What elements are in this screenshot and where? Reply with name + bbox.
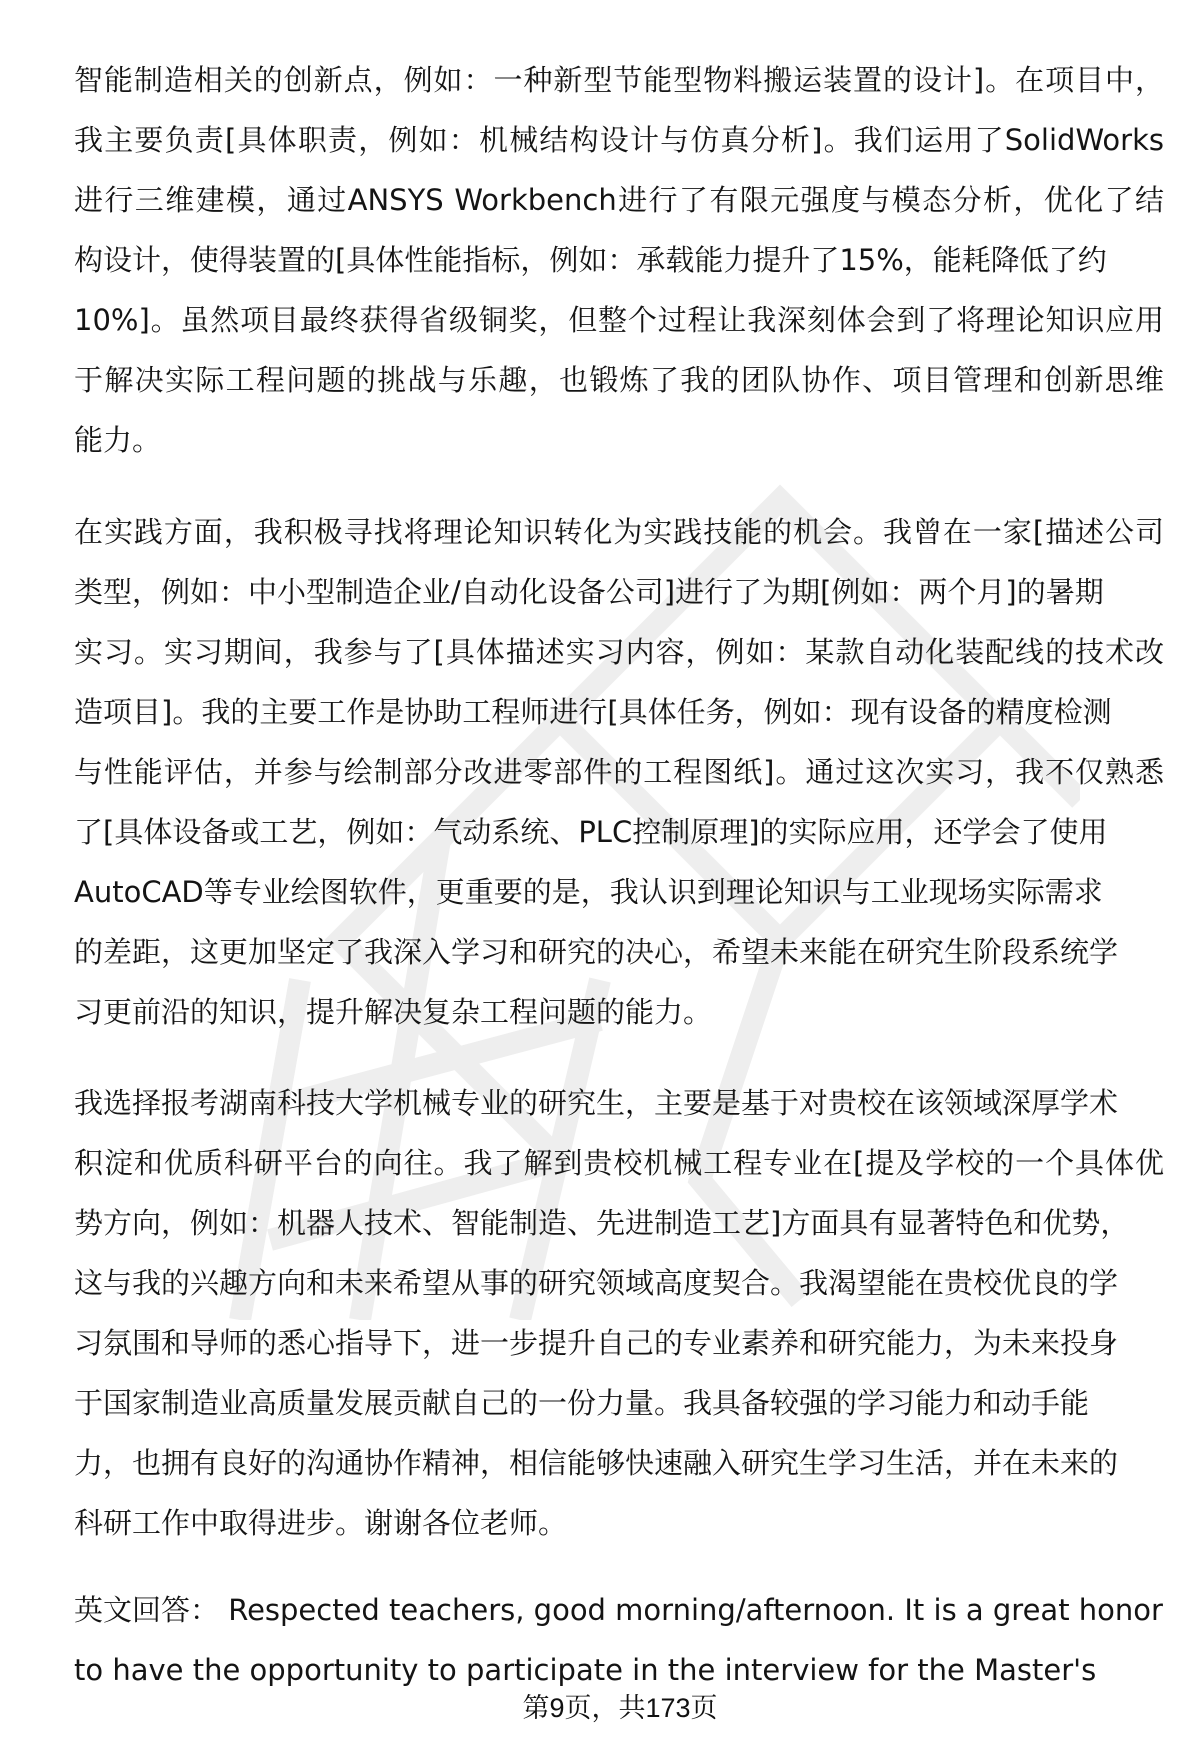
text-line: 力，也拥有良好的沟通协作精神，相信能够快速融入研究生学习生活，并在未来的 — [74, 1433, 1118, 1493]
text-line: 智能制造相关的创新点，例如：一种新型节能型物料搬运装置的设计]。在项目中， — [74, 50, 1164, 110]
text-line: 习更前沿的知识，提升解决复杂工程问题的能力。 — [74, 982, 712, 1042]
text-line: 我选择报考湖南科技大学机械专业的研究生，主要是基于对贵校在该领域深厚学术 — [74, 1073, 1118, 1133]
text-line: 造项目]。我的主要工作是协助工程师进行[具体任务，例如：现有设备的精度检测 — [74, 682, 1112, 742]
page-number-footer: 第9页，共173页 — [0, 1690, 1200, 1726]
text-line: 能力。 — [74, 410, 161, 470]
text-line: 的差距，这更加坚定了我深入学习和研究的决心，希望未来能在研究生阶段系统学 — [74, 922, 1118, 982]
text-line: 习氛围和导师的悉心指导下，进一步提升自己的专业素养和研究能力，为未来投身 — [74, 1313, 1118, 1373]
text-line: 势方向，例如：机器人技术、智能制造、先进制造工艺]方面具有显著特色和优势， — [74, 1193, 1129, 1253]
text-line: 实习。实习期间，我参与了[具体描述实习内容，例如：某款自动化装配线的技术改 — [74, 622, 1164, 682]
text-line: 我主要负责[具体职责，例如：机械结构设计与仿真分析]。我们运用了SolidWor… — [74, 110, 1164, 170]
text-line: 于国家制造业高质量发展贡献自己的一份力量。我具备较强的学习能力和动手能 — [74, 1373, 1089, 1433]
text-line: AutoCAD等专业绘图软件，更重要的是，我认识到理论知识与工业现场实际需求 — [74, 862, 1103, 922]
text-line: 10%]。虽然项目最终获得省级铜奖，但整个过程让我深刻体会到了将理论知识应用 — [74, 290, 1164, 350]
text-line: 与性能评估，并参与绘制部分改进零部件的工程图纸]。通过这次实习，我不仅熟悉 — [74, 742, 1164, 802]
text-line: 了[具体设备或工艺，例如：气动系统、PLC控制原理]的实际应用，还学会了使用 — [74, 802, 1108, 862]
text-line: 构设计，使得装置的[具体性能指标，例如：承载能力提升了15%，能耗降低了约 — [74, 230, 1107, 290]
text-line: 进行三维建模，通过ANSYS Workbench进行了有限元强度与模态分析，优化… — [74, 170, 1164, 230]
text-line: 类型，例如：中小型制造企业/自动化设备公司]进行了为期[例如：两个月]的暑期 — [74, 562, 1104, 622]
text-line: 在实践方面，我积极寻找将理论知识转化为实践技能的机会。我曾在一家[描述公司 — [74, 502, 1164, 562]
text-line: 这与我的兴趣方向和未来希望从事的研究领域高度契合。我渴望能在贵校优良的学 — [74, 1253, 1118, 1313]
text-line: 科研工作中取得进步。谢谢各位老师。 — [74, 1493, 567, 1553]
text-line: 英文回答： Respected teachers, good morning/a… — [74, 1580, 1163, 1640]
text-line: 积淀和优质科研平台的向往。我了解到贵校机械工程专业在[提及学校的一个具体优 — [74, 1133, 1164, 1193]
text-line: 于解决实际工程问题的挑战与乐趣，也锻炼了我的团队协作、项目管理和创新思维 — [74, 350, 1164, 410]
